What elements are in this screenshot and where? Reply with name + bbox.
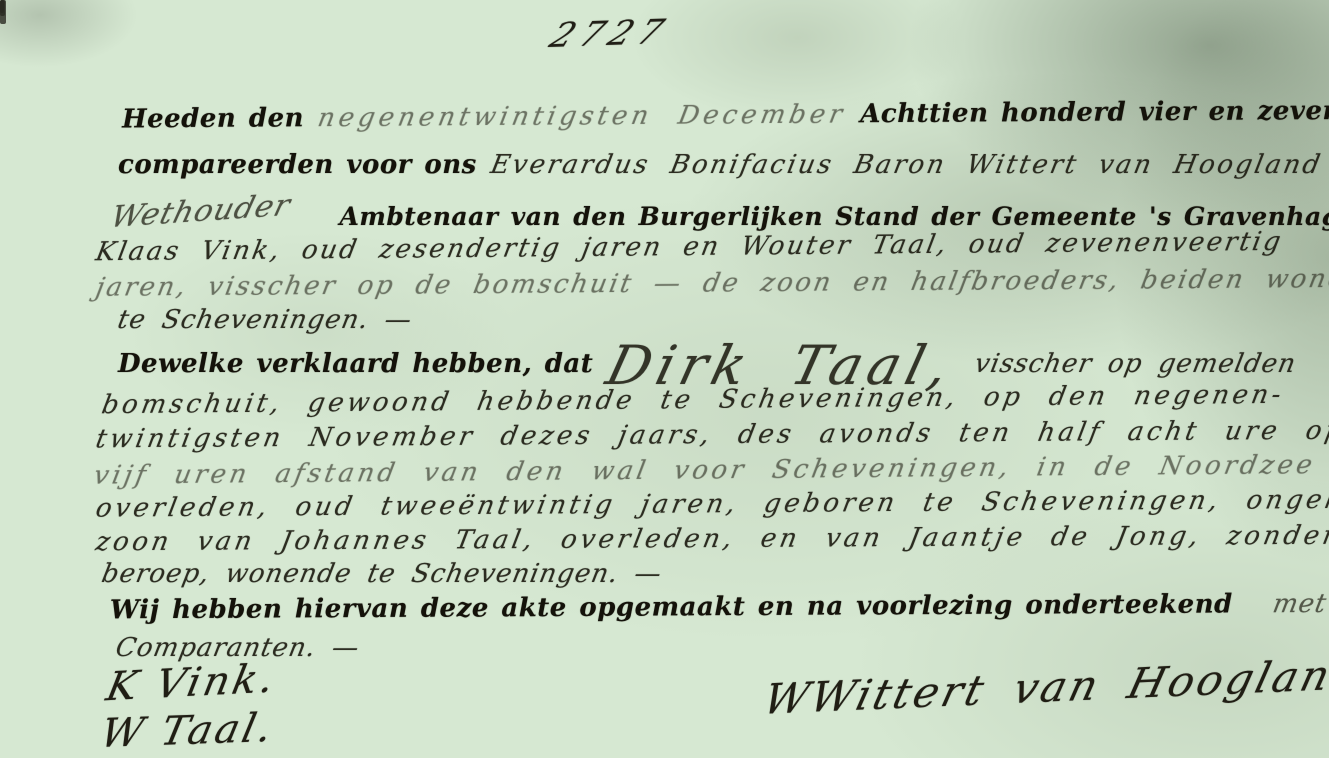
handwritten-text: Everardus Bonifacius Baron Wittert van H…: [488, 150, 1325, 181]
handwritten-text: visscher op gemelden: [972, 349, 1299, 380]
line-deceased-age-birth: overleden, oud tweeëntwintig jaren, gebo…: [96, 484, 1329, 524]
line-death-date-time: twintigsten November dezes jaars, des av…: [96, 416, 1329, 456]
handwritten-text: negenentwintigsten December: [315, 99, 849, 134]
death-certificate-scan: 2727 Heeden den negenentwintigsten Decem…: [0, 0, 1329, 758]
handwritten-text: twintigsten November dezes jaars, des av…: [93, 416, 1329, 456]
line-parents: zoon van Johannes Taal, overleden, en va…: [96, 521, 1329, 559]
printed-text: Heeden den: [122, 103, 304, 135]
handwritten-text: Wethouder: [107, 188, 295, 236]
printed-text: Achttien honderd vier en zeventig,: [860, 96, 1329, 131]
scan-artifact: [0, 0, 4, 13]
signature-registrar: WWittert van Hoogland: [759, 649, 1329, 724]
line-date-header: Heeden den negenentwintigsten December A…: [122, 96, 1329, 136]
handwritten-text: beroep, wonende te Scheveningen. —: [99, 559, 665, 590]
handwritten-text: zoon van Johannes Taal, overleden, en va…: [93, 521, 1329, 559]
handwritten-text: met de: [1270, 589, 1329, 621]
printed-text: Dewelke verklaard hebben, dat: [118, 349, 593, 380]
line-declarant-details: jaren, visscher op de bomschuit — de zoo…: [96, 263, 1329, 303]
signature-k-vink: K Vink.: [103, 656, 281, 711]
line-closing-statement: Wij hebben hiervan deze akte opgemaakt e…: [110, 589, 1329, 627]
signature-w-taal: W Taal.: [96, 705, 279, 757]
printed-text: compareerden voor ons: [118, 150, 477, 181]
handwritten-text: te Scheveningen. —: [115, 305, 415, 336]
line-residence: te Scheveningen. —: [118, 305, 418, 336]
line-parents-residence: beroep, wonende te Scheveningen. —: [102, 559, 668, 590]
handwritten-text: overleden, oud tweeëntwintig jaren, gebo…: [93, 484, 1329, 524]
act-number: 2727: [544, 12, 677, 56]
handwritten-text: jaren, visscher op de bomschuit — de zoo…: [93, 263, 1329, 303]
line-registrar-name: compareerden voor ons Everardus Bonifaci…: [118, 150, 1328, 181]
printed-text: Wij hebben hiervan deze akte opgemaakt e…: [110, 589, 1233, 626]
